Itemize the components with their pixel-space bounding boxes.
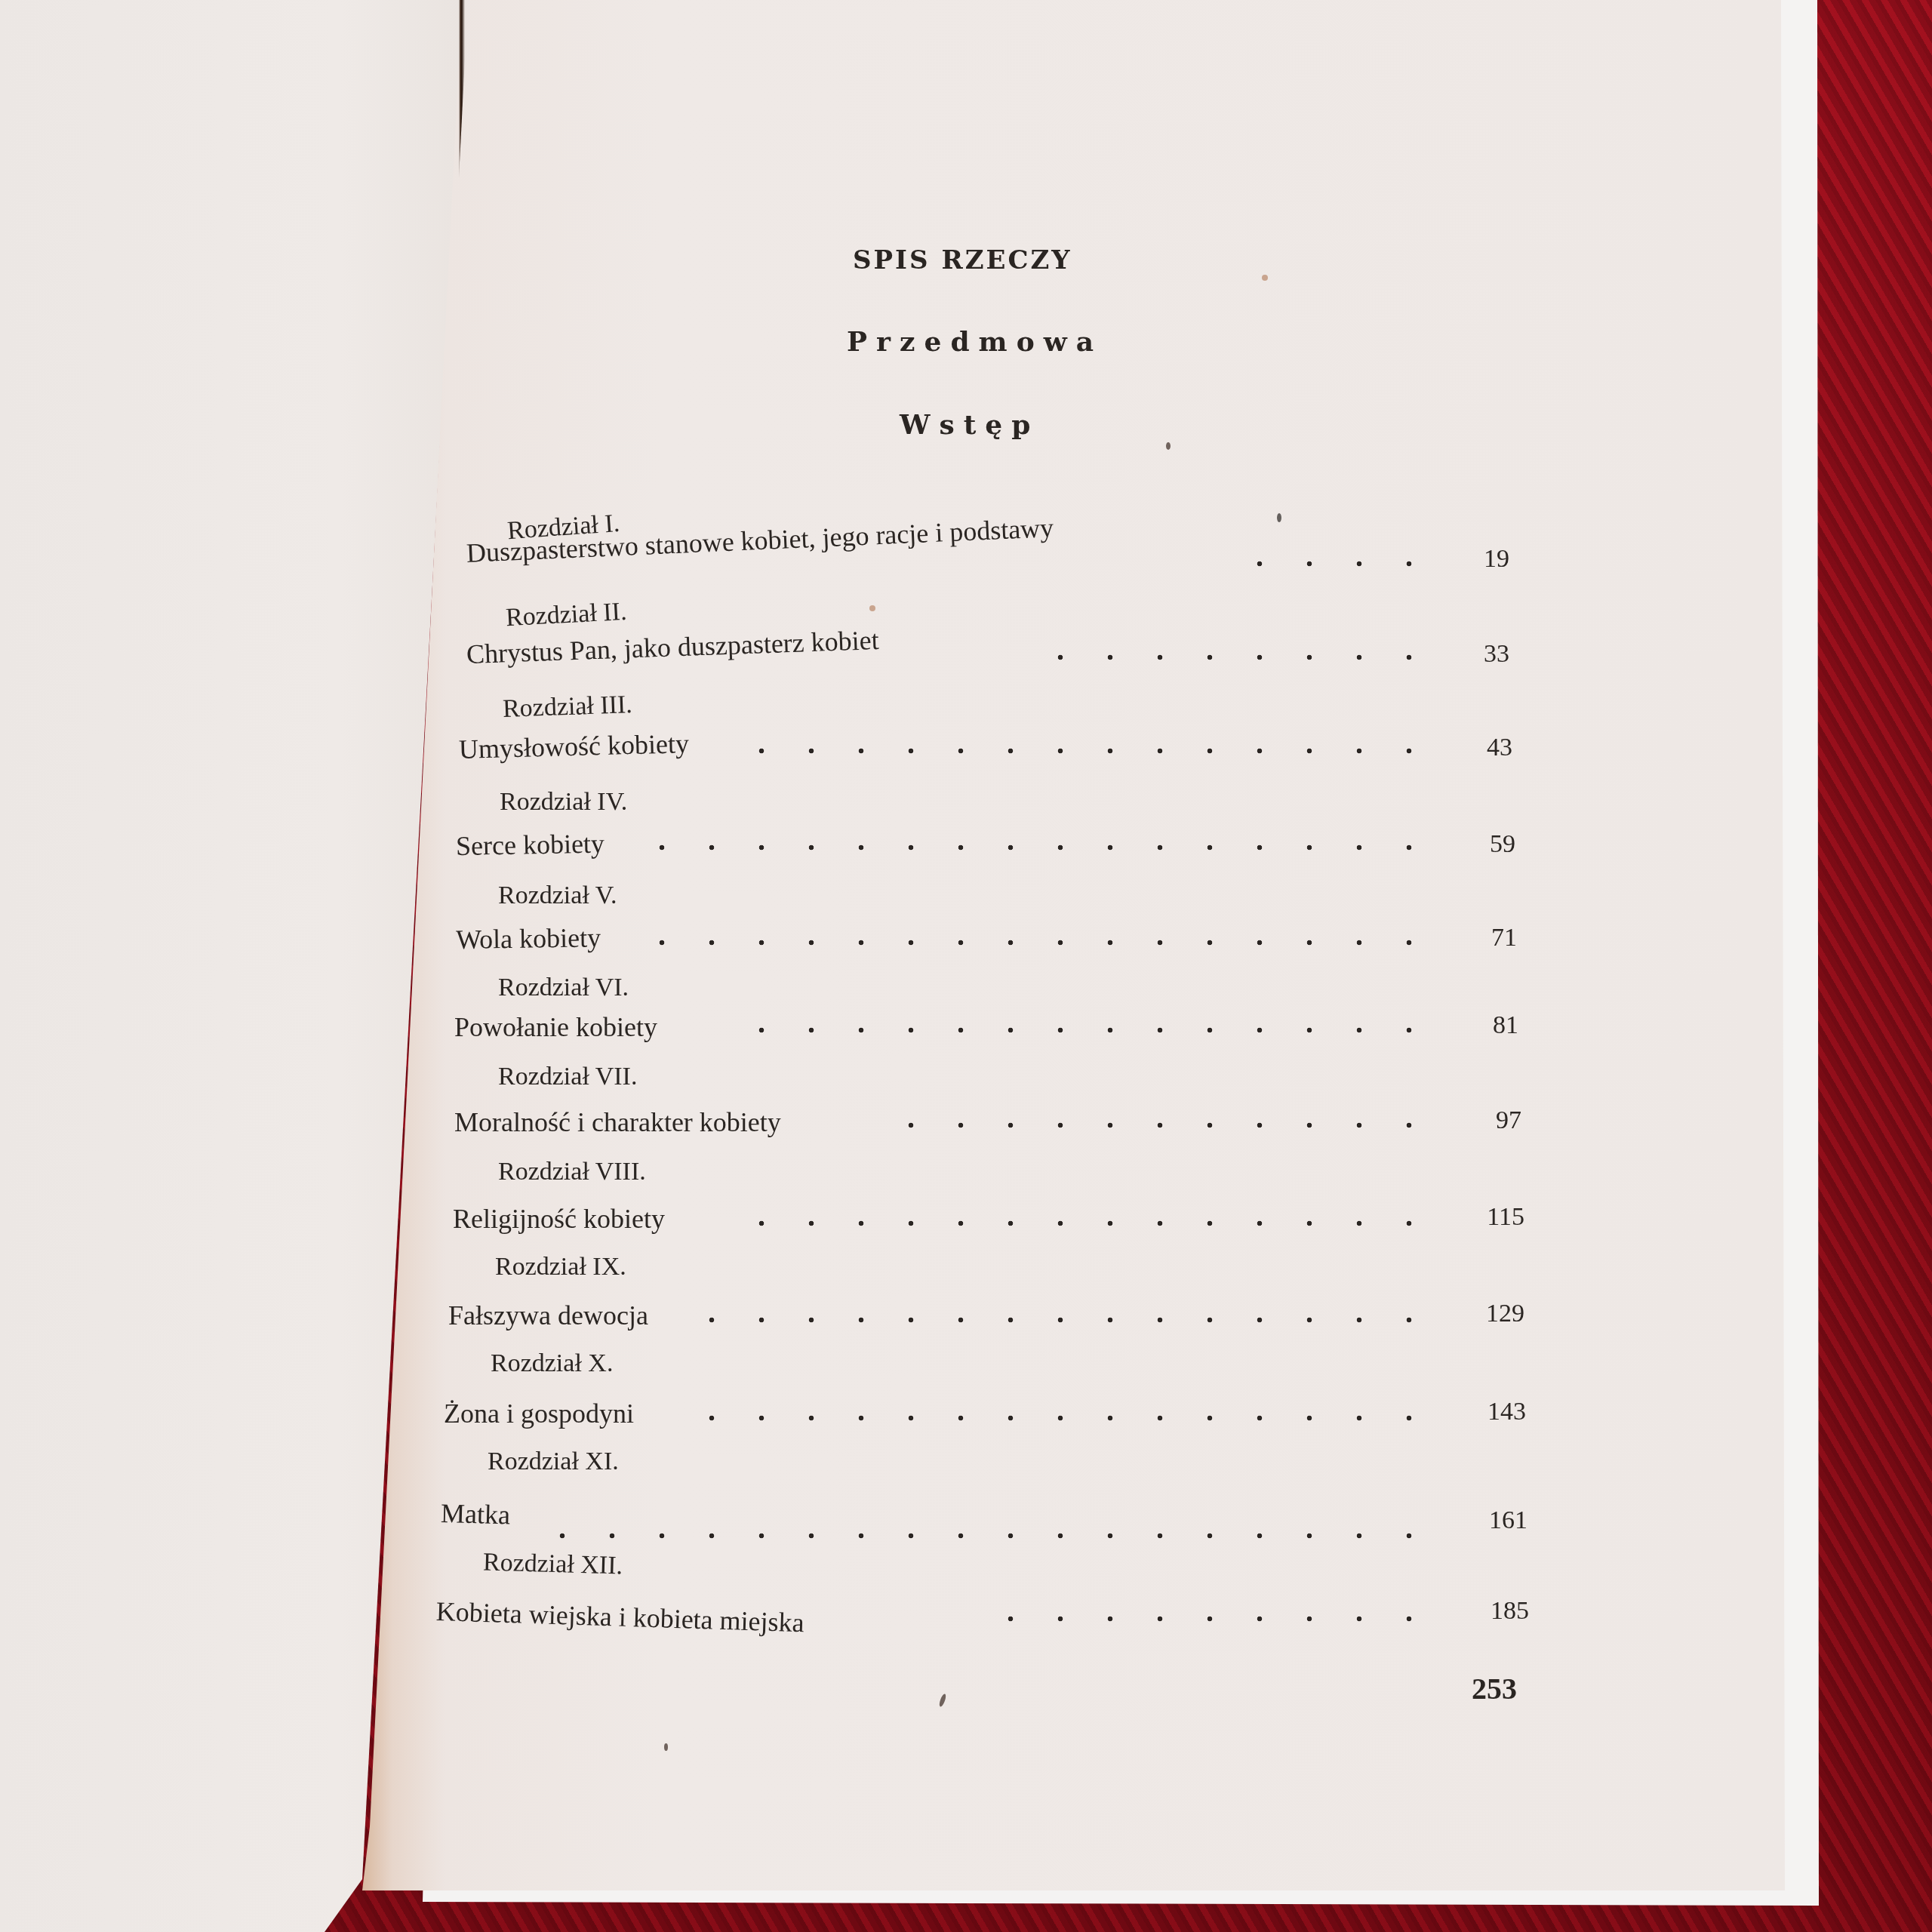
chapter-label: Rozdział X.: [491, 1349, 613, 1378]
chapter-label: Rozdział VIII.: [498, 1158, 646, 1186]
table-of-contents: SPIS RZECZY Przedmowa Wstęp Rozdział I. …: [0, 0, 1932, 1932]
chapter-title: Kobieta wiejska i kobieta miejska: [435, 1595, 804, 1638]
leader-dots: [694, 1316, 1434, 1324]
leader-dots: [694, 1414, 1434, 1422]
chapter-title: Fałszywa dewocja: [448, 1300, 648, 1331]
chapter-label: Rozdział IV.: [500, 788, 627, 817]
chapter-page: 115: [1434, 1203, 1524, 1232]
chapter-page: 129: [1434, 1300, 1524, 1328]
leader-dots: [966, 1615, 1434, 1623]
paper-speck: [938, 1694, 947, 1708]
chapter-title: Powołanie kobiety: [454, 1011, 657, 1043]
chapter-label: Rozdział IX.: [495, 1253, 626, 1281]
chapter-page: 81: [1428, 1011, 1518, 1040]
chapter-page: 143: [1435, 1398, 1526, 1426]
paper-speck: [664, 1743, 668, 1751]
toc-introduction: Wstęp: [900, 409, 1039, 441]
chapter-page: 161: [1437, 1506, 1527, 1535]
intro-dot: [1041, 434, 1057, 441]
leader-dots: [1053, 654, 1434, 661]
chapter-title: Wola kobiety: [456, 921, 601, 955]
chapter-label: Rozdział II.: [505, 598, 627, 632]
toc-preface: Przedmowa: [847, 326, 1103, 358]
leader-dots: [724, 1026, 1434, 1034]
chapter-title: Serce kobiety: [456, 828, 605, 862]
chapter-page: 97: [1431, 1106, 1521, 1135]
chapter-title: Matka: [440, 1497, 510, 1531]
leader-dots: [649, 939, 1434, 946]
leader-dots: [740, 1220, 1434, 1227]
leader-dots: [558, 1532, 1434, 1540]
chapter-label: Rozdział XII.: [483, 1549, 623, 1581]
paper-speck: [1277, 513, 1281, 522]
chapter-title: Moralność i charakter kobiety: [454, 1106, 781, 1138]
leader-dots: [898, 1121, 1434, 1129]
leader-dots: [747, 747, 1434, 755]
paper-speck: [1166, 442, 1171, 450]
paper-speck: [1262, 275, 1268, 281]
chapter-label: Rozdział XI.: [488, 1447, 619, 1476]
toc-heading: SPIS RZECZY: [853, 245, 1072, 275]
chapter-title: Żona i gospodyni: [444, 1398, 634, 1429]
chapter-title: Umysłowość kobiety: [458, 728, 689, 765]
chapter-page: 185: [1438, 1597, 1529, 1626]
chapter-page: 71: [1426, 924, 1517, 952]
chapter-label: Rozdział V.: [498, 881, 617, 910]
chapter-title: Religijność kobiety: [453, 1203, 665, 1235]
chapter-page: 59: [1425, 830, 1515, 859]
page-number: 253: [1472, 1671, 1517, 1706]
chapter-page: 43: [1422, 734, 1512, 762]
leader-dots: [649, 844, 1434, 851]
paper-speck: [869, 605, 875, 611]
chapter-page: 33: [1419, 640, 1509, 669]
chapter-label: Rozdział III.: [502, 691, 632, 724]
chapter-page: 19: [1419, 545, 1509, 574]
leader-dots: [1253, 560, 1434, 568]
chapter-label: Rozdział VI.: [498, 974, 629, 1002]
chapter-label: Rozdział VII.: [498, 1063, 637, 1091]
